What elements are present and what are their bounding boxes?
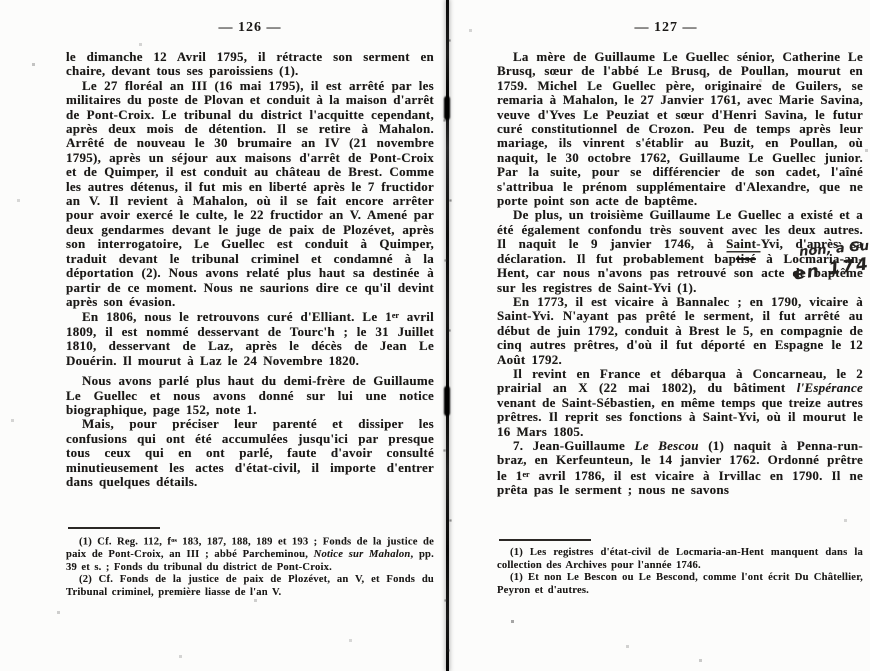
paragraph: le dimanche 12 Avril 1795, il rétracte s…: [66, 50, 434, 79]
paragraph: En 1806, nous le retrouvons curé d'Ellia…: [66, 309, 434, 368]
gutter-ink-blob: [444, 96, 450, 120]
paragraph: La mère de Guillaume Le Guellec sénior, …: [497, 50, 863, 208]
footnote-block: (1) Les registres d'état-civil de Locmar…: [497, 539, 863, 597]
right-page: — 127 — La mère de Guillaume Le Guellec …: [497, 0, 863, 671]
footnote-block: (1) Cf. Reg. 112, fos 183, 187, 188, 189…: [66, 527, 434, 600]
footnote-divider: [499, 539, 591, 541]
footnote: (1) Cf. Reg. 112, fos 183, 187, 188, 189…: [66, 535, 434, 574]
paragraph: Le 27 floréal an III (16 mai 1795), il e…: [66, 79, 434, 310]
paragraph: Nous avons parlé plus haut du demi-frère…: [66, 374, 434, 417]
paragraph: Il revint en France et débarqua à Concar…: [497, 367, 863, 439]
footnote-divider: [68, 527, 160, 529]
page-number-left: — 126 —: [66, 0, 434, 36]
scan-noise: [0, 0, 1, 1]
book-gutter-shadow: [441, 0, 455, 671]
page-number-right: — 127 —: [483, 0, 849, 36]
paragraph: En 1773, il est vicaire à Bannalec ; en …: [497, 295, 863, 367]
book-scan-page: — 126 — le dimanche 12 Avril 1795, il ré…: [0, 0, 870, 671]
footnote: (1) Les registres d'état-civil de Locmar…: [497, 547, 863, 572]
left-page: — 126 — le dimanche 12 Avril 1795, il ré…: [66, 0, 434, 671]
gutter-line: [446, 0, 449, 671]
handwritten-margin-note: non, à Gu en 174 4: [799, 241, 870, 278]
paragraph: Mais, pour préciser leur parenté et diss…: [66, 417, 434, 489]
footnote: (2) Cf. Fonds de la justice de paix de P…: [66, 574, 434, 599]
footnote: (1) Et non Le Bescon ou Le Bescond, comm…: [497, 572, 863, 597]
gutter-ink-blob: [444, 386, 450, 416]
paragraph: 7. Jean-Guillaume Le Bescou (1) naquit à…: [497, 439, 863, 498]
gutter-noise: [447, 0, 448, 1]
